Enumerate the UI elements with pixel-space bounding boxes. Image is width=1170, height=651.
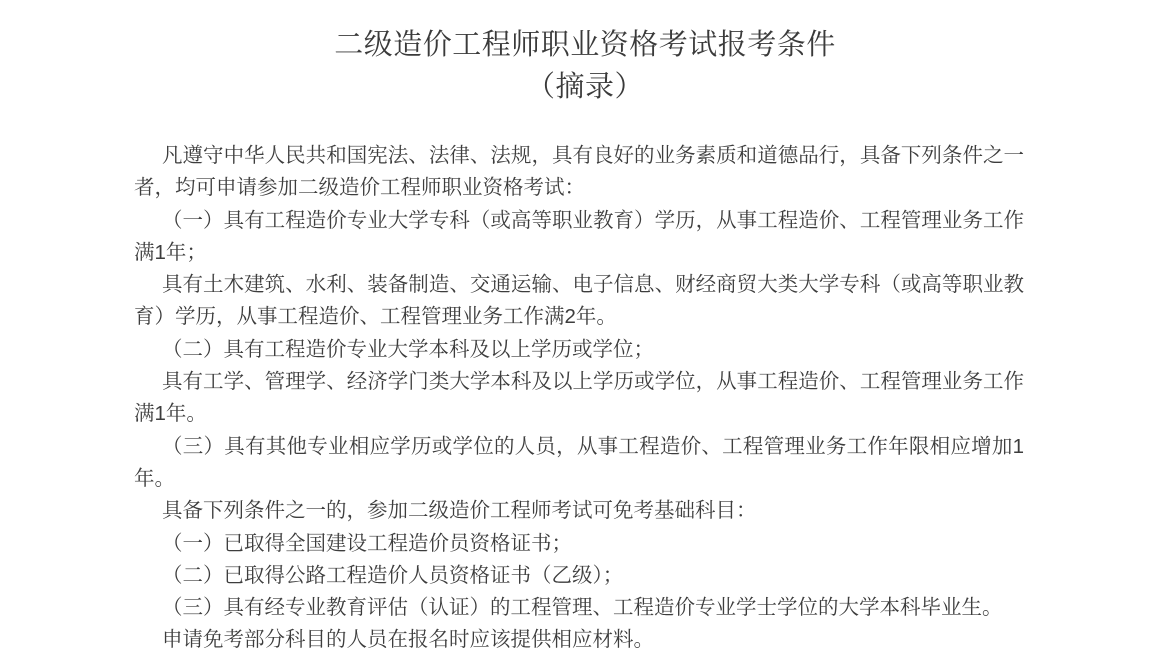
paragraph-condition-2: （二）具有工程造价专业大学本科及以上学历或学位； <box>134 334 1024 366</box>
document-subtitle: （摘录） <box>0 66 1170 108</box>
paragraph-condition-3: （三）具有其他专业相应学历或学位的人员，从事工程造价、工程管理业务工作年限相应增… <box>134 431 1024 496</box>
paragraph-exemption-3: （三）具有经专业教育评估（认证）的工程管理、工程造价专业学士学位的大学本科毕业生… <box>134 592 1024 624</box>
paragraph-condition-1: （一）具有工程造价专业大学专科（或高等职业教育）学历，从事工程造价、工程管理业务… <box>134 205 1024 270</box>
paragraph-condition-1-alt: 具有土木建筑、水利、装备制造、交通运输、电子信息、财经商贸大类大学专科（或高等职… <box>134 269 1024 334</box>
paragraph-materials-note: 申请免考部分科目的人员在报名时应该提供相应材料。 <box>134 624 1024 651</box>
document-title: 二级造价工程师职业资格考试报考条件 <box>0 0 1170 66</box>
paragraph-condition-2-alt: 具有工学、管理学、经济学门类大学本科及以上学历或学位，从事工程造价、工程管理业务… <box>134 366 1024 431</box>
document-body: 凡遵守中华人民共和国宪法、法律、法规，具有良好的业务素质和道德品行，具备下列条件… <box>134 140 1024 651</box>
paragraph-eligibility-intro: 凡遵守中华人民共和国宪法、法律、法规，具有良好的业务素质和道德品行，具备下列条件… <box>134 140 1024 205</box>
document-page: 二级造价工程师职业资格考试报考条件 （摘录） 凡遵守中华人民共和国宪法、法律、法… <box>0 0 1170 651</box>
paragraph-exemption-1: （一）已取得全国建设工程造价员资格证书； <box>134 528 1024 560</box>
paragraph-exemption-2: （二）已取得公路工程造价人员资格证书（乙级）； <box>134 560 1024 592</box>
paragraph-exemption-intro: 具备下列条件之一的，参加二级造价工程师考试可免考基础科目： <box>134 495 1024 527</box>
